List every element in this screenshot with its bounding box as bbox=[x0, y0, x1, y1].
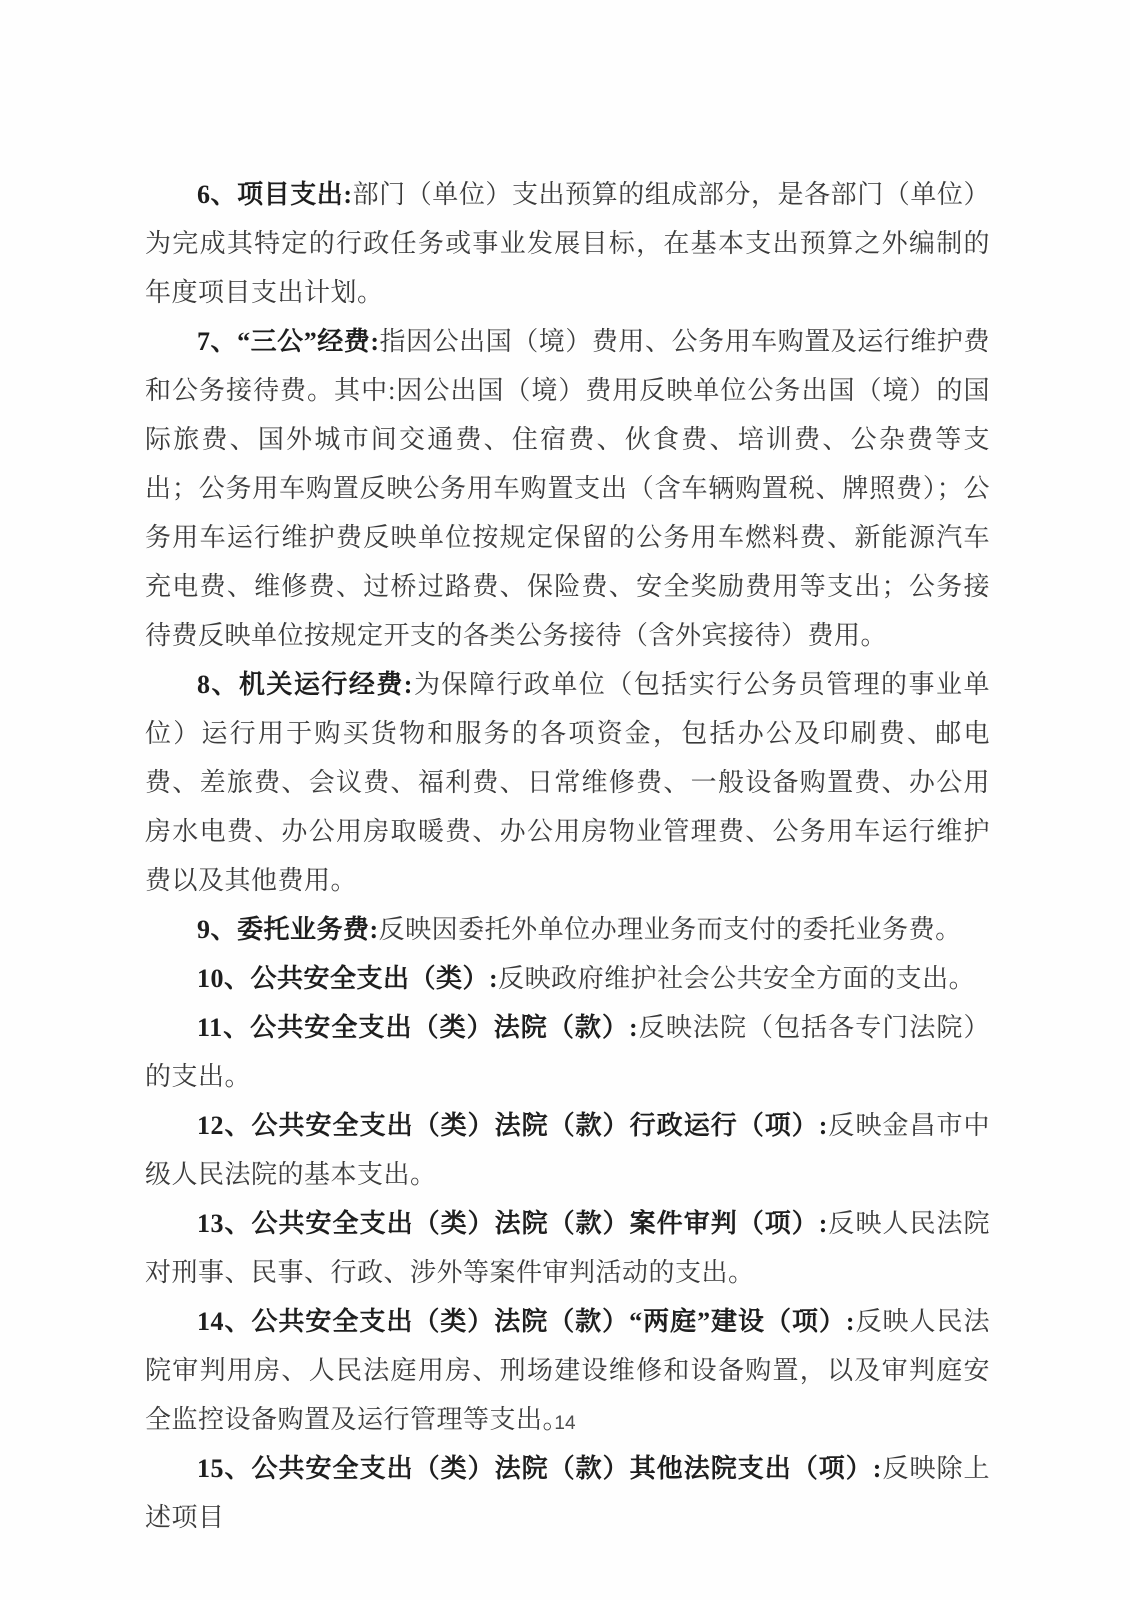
paragraph-body: 反映政府维护社会公共安全方面的支出。 bbox=[498, 964, 975, 993]
paragraph: 10、公共安全支出（类）:反映政府维护社会公共安全方面的支出。 bbox=[145, 954, 990, 1003]
paragraph: 9、委托业务费:反映因委托外单位办理业务而支付的委托业务费。 bbox=[145, 905, 990, 954]
paragraph-lead: 12、公共安全支出（类）法院（款）行政运行（项）: bbox=[197, 1111, 828, 1140]
document-body: 6、项目支出:部门（单位）支出预算的组成部分，是各部门（单位）为完成其特定的行政… bbox=[145, 170, 990, 1542]
paragraph: 12、公共安全支出（类）法院（款）行政运行（项）:反映金昌市中级人民法院的基本支… bbox=[145, 1101, 990, 1199]
paragraph-lead: 14、公共安全支出（类）法院（款）“两庭”建设（项）: bbox=[197, 1307, 855, 1336]
paragraph-lead: 15、公共安全支出（类）法院（款）其他法院支出（项）: bbox=[197, 1454, 882, 1483]
paragraph-body: 指因公出国（境）费用、公务用车购置及运行维护费和公务接待费。其中:因公出国（境）… bbox=[145, 327, 990, 650]
paragraph-lead: 8、机关运行经费: bbox=[197, 670, 413, 699]
paragraph-body: 为保障行政单位（包括实行公务员管理的事业单位）运行用于购买货物和服务的各项资金，… bbox=[145, 670, 990, 895]
paragraph-lead: 7、“三公”经费: bbox=[197, 327, 380, 356]
paragraph-lead: 13、公共安全支出（类）法院（款）案件审判（项）: bbox=[197, 1209, 828, 1238]
paragraph-body: 反映因委托外单位办理业务而支付的委托业务费。 bbox=[379, 915, 962, 944]
paragraph: 11、公共安全支出（类）法院（款）:反映法院（包括各专门法院）的支出。 bbox=[145, 1003, 990, 1101]
paragraph-lead: 9、委托业务费: bbox=[197, 915, 379, 944]
paragraph-lead: 11、公共安全支出（类）法院（款）: bbox=[197, 1013, 638, 1042]
paragraph-lead: 10、公共安全支出（类）: bbox=[197, 964, 498, 993]
paragraph-lead: 6、项目支出: bbox=[197, 180, 353, 209]
paragraph: 15、公共安全支出（类）法院（款）其他法院支出（项）:反映除上述项目 bbox=[145, 1444, 990, 1542]
document-page: 6、项目支出:部门（单位）支出预算的组成部分，是各部门（单位）为完成其特定的行政… bbox=[0, 0, 1130, 1600]
paragraph: 7、“三公”经费:指因公出国（境）费用、公务用车购置及运行维护费和公务接待费。其… bbox=[145, 317, 990, 660]
paragraph: 8、机关运行经费:为保障行政单位（包括实行公务员管理的事业单位）运行用于购买货物… bbox=[145, 660, 990, 905]
paragraph: 6、项目支出:部门（单位）支出预算的组成部分，是各部门（单位）为完成其特定的行政… bbox=[145, 170, 990, 317]
page-number: 14 bbox=[0, 1413, 1130, 1435]
paragraph: 13、公共安全支出（类）法院（款）案件审判（项）:反映人民法院对刑事、民事、行政… bbox=[145, 1199, 990, 1297]
